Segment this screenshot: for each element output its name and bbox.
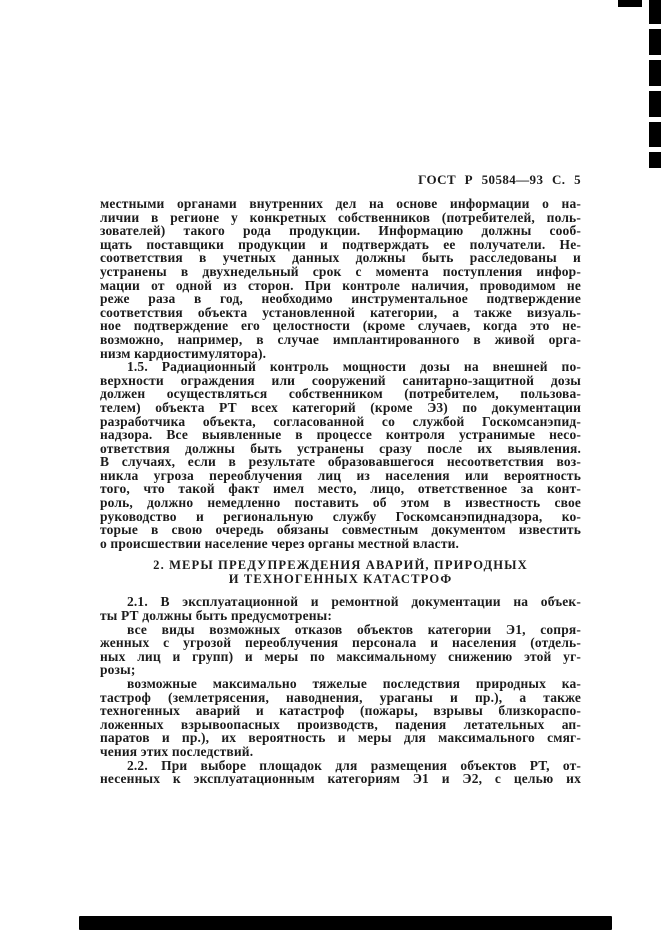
text-line: надзора. Все выявленные в процессе контр… [100, 428, 581, 442]
text-line: телем) объекта РТ всех категорий (кроме … [100, 401, 581, 415]
text-line: В случаях, если в результате образовавше… [100, 455, 581, 469]
text-line: устранены в двухнедельный срок с момента… [100, 265, 581, 279]
text-line: ное подтверждение его целостности (кроме… [100, 319, 581, 333]
paragraph-2-1: 2.1. В эксплуатационной и ремонтной доку… [100, 595, 581, 622]
scan-mark-top-right-block [618, 0, 642, 7]
text-line: чения этих последствий. [100, 745, 581, 759]
text-line: техногенных аварий и катастроф (пожары, … [100, 704, 581, 718]
text-line: все виды возможных отказов объектов кате… [100, 623, 581, 637]
text-line: торые в свою очередь обязаны совместным … [100, 523, 581, 537]
scan-mark-right-edge-dash [649, 152, 661, 168]
text-line: ных лиц и групп) и меры по максимальному… [100, 650, 581, 664]
section-2-heading: 2. МЕРЫ ПРЕДУПРЕЖДЕНИЯ АВАРИЙ, ПРИРОДНЫХ… [100, 558, 581, 586]
text-line: зователей) такого рода продукции. Информ… [100, 224, 581, 238]
scan-mark-right-edge-dash [649, 91, 661, 117]
scan-mark-right-edge-dash [649, 60, 661, 86]
page-header-gost-number: ГОСТ Р 50584—93 С. 5 [100, 173, 581, 187]
text-line: руководство и региональную службу Госком… [100, 510, 581, 524]
text-line: ложенных взрывоопасных производств, паде… [100, 718, 581, 732]
text-line: соответствия в учетных данных должны быт… [100, 251, 581, 265]
text-line: мации от одной из сторон. При контроле н… [100, 279, 581, 293]
text-line: возможно, например, в случае имплантиров… [100, 333, 581, 347]
text-line: низм кардиостимулятора). [100, 347, 581, 361]
paragraph-continuation: местными органами внутренних дел на осно… [100, 197, 581, 360]
scan-mark-bottom-bar [79, 916, 612, 930]
page-content: ГОСТ Р 50584—93 С. 5 местными органами в… [100, 173, 581, 786]
scan-mark-right-edge-dash [649, 122, 661, 147]
text-line: щать поставщики продукции и подтверждать… [100, 238, 581, 252]
text-line: того, что такой факт имел место, лицо, о… [100, 482, 581, 496]
text-line: никла угроза переоблучения лиц из населе… [100, 469, 581, 483]
text-line: возможные максимально тяжелые последстви… [100, 677, 581, 691]
paragraph-1-5: 1.5. Радиационный контроль мощности дозы… [100, 360, 581, 550]
section-2-heading-line-1: 2. МЕРЫ ПРЕДУПРЕЖДЕНИЯ АВАРИЙ, ПРИРОДНЫХ [100, 558, 581, 572]
text-line: должен осуществляться собственником (пот… [100, 387, 581, 401]
document-body: местными органами внутренних дел на осно… [100, 197, 581, 786]
text-line: местными органами внутренних дел на осно… [100, 197, 581, 211]
text-line: ты РТ должны быть предусмотрены: [100, 609, 581, 623]
text-line: верхности ограждения или сооружений сани… [100, 374, 581, 388]
list-item-failure-types: все виды возможных отказов объектов кате… [100, 623, 581, 677]
document-page: ГОСТ Р 50584—93 С. 5 местными органами в… [0, 0, 661, 935]
text-line: женных с угрозой переоблучения персонала… [100, 636, 581, 650]
list-item-disaster-consequences: возможные максимально тяжелые последстви… [100, 677, 581, 759]
text-line: тастроф (землетрясения, наводнения, ураг… [100, 691, 581, 705]
text-line: несенных к эксплуатационным категориям Э… [100, 772, 581, 786]
text-line: 2.1. В эксплуатационной и ремонтной доку… [100, 595, 581, 609]
paragraph-2-2: 2.2. При выборе площадок для размещения … [100, 759, 581, 786]
text-line: роль, должно немедленно поставить об это… [100, 496, 581, 510]
text-line: паратов и пр.), их вероятность и меры дл… [100, 731, 581, 745]
text-line: личии в регионе у конкретных собственник… [100, 211, 581, 225]
text-line: разработчика объекта, согласованной со с… [100, 415, 581, 429]
section-2-heading-line-2: И ТЕХНОГЕННЫХ КАТАСТРОФ [100, 572, 581, 586]
text-line: 1.5. Радиационный контроль мощности дозы… [100, 360, 581, 374]
text-line: розы; [100, 663, 581, 677]
scan-mark-right-edge-dash [649, 29, 661, 55]
text-line: 2.2. При выборе площадок для размещения … [100, 759, 581, 773]
text-line: ответствия должны быть устранены сразу п… [100, 442, 581, 456]
text-line: о происшествии население через органы ме… [100, 537, 581, 551]
text-line: реже раза в год, необходимо инструментал… [100, 292, 581, 306]
text-line: соответствия объекта установленной катег… [100, 306, 581, 320]
scan-mark-right-edge-dash [649, 0, 661, 24]
